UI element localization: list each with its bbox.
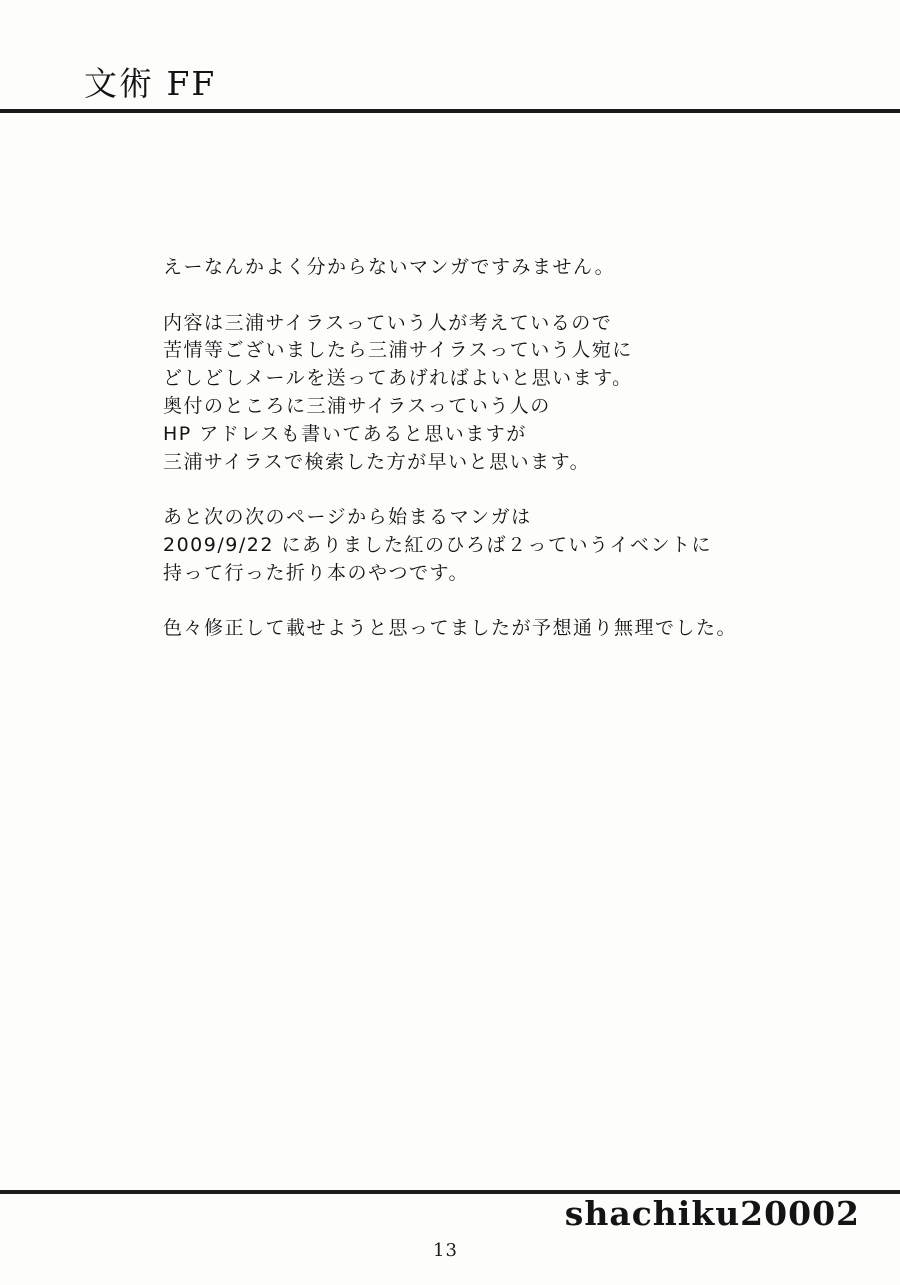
text-line: 苦情等ございましたら三浦サイラスっていう人宛に <box>163 337 803 365</box>
text-line: HP アドレスも書いてあると思いますが <box>163 421 803 449</box>
text-line: あと次の次のページから始まるマンガは <box>163 504 803 532</box>
text-line-blank <box>163 588 803 616</box>
text-line: 持って行った折り本のやつです。 <box>163 560 803 588</box>
text-line: 色々修正して載せようと思ってましたが予想通り無理でした。 <box>163 615 803 643</box>
text-line: えーなんかよく分からないマンガですみません。 <box>163 254 803 282</box>
page-title: 文術 FF <box>84 64 216 104</box>
author-handle: shachiku20002 <box>565 1196 860 1232</box>
page-number: 13 <box>0 1240 891 1262</box>
text-line: 内容は三浦サイラスっていう人が考えているので <box>163 310 803 338</box>
text-line: 三浦サイラスで検索した方が早いと思います。 <box>163 449 803 477</box>
afterword-text-block: えーなんかよく分からないマンガですみません。 内容は三浦サイラスっていう人が考え… <box>163 254 803 643</box>
scanned-document-page: 文術 FF えーなんかよく分からないマンガですみません。 内容は三浦サイラスって… <box>0 0 900 1285</box>
title-underline-rule <box>0 109 900 113</box>
text-line: どしどしメールを送ってあげればよいと思います。 <box>163 365 803 393</box>
text-line-blank <box>163 476 803 504</box>
text-line: 2009/9/22 にありました紅のひろば２っていうイベントに <box>163 532 803 560</box>
text-line: 奥付のところに三浦サイラスっていう人の <box>163 393 803 421</box>
text-line-blank <box>163 282 803 310</box>
